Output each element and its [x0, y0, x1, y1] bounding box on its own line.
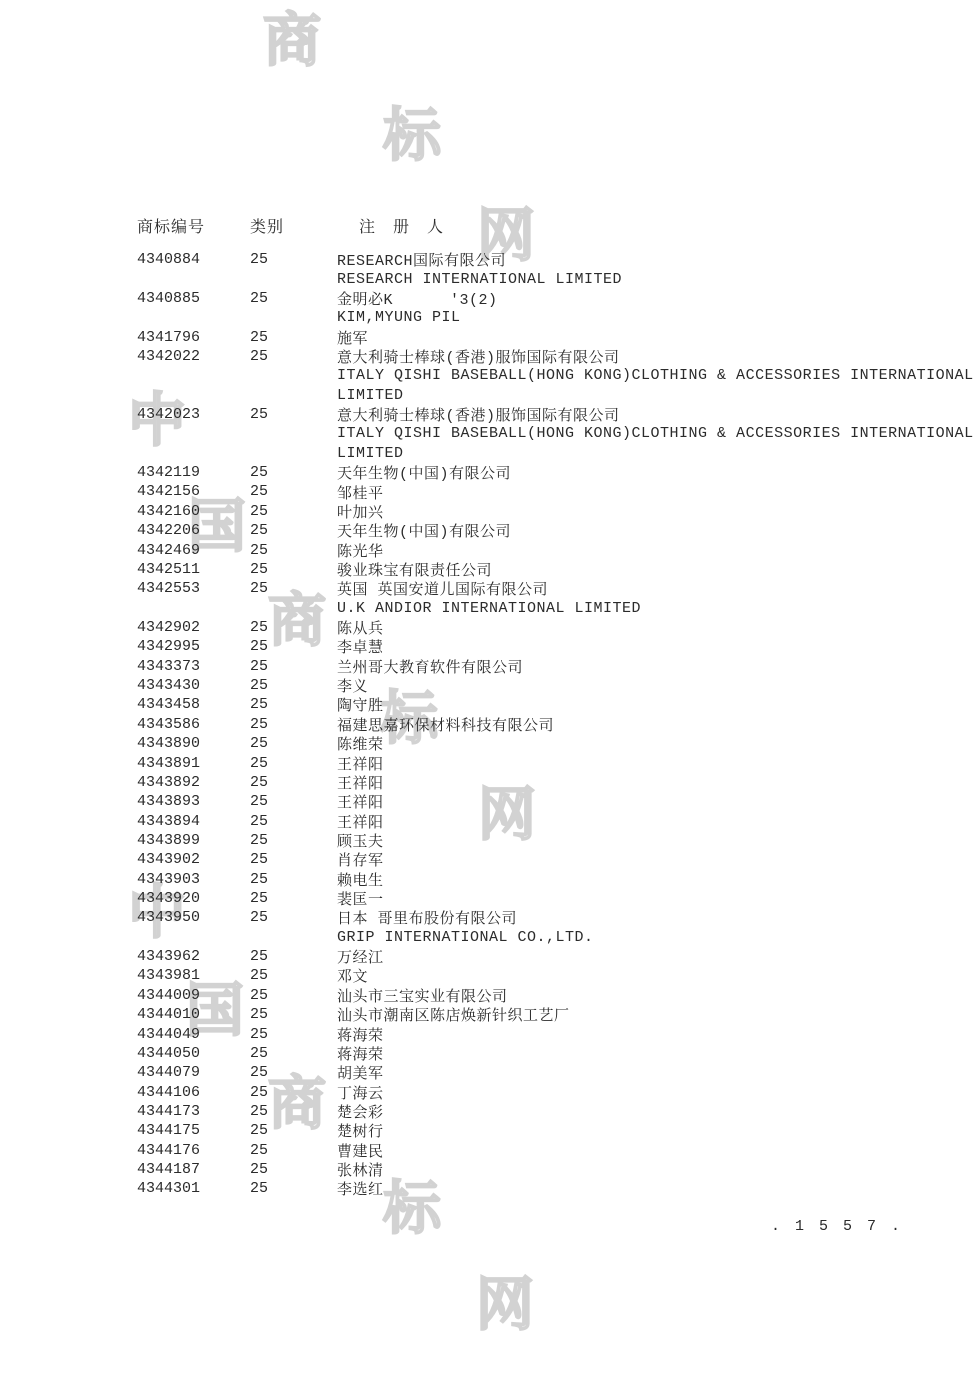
table-row: 434405025蒋海荣: [137, 1044, 897, 1063]
registrant-cell: 施军: [337, 327, 897, 348]
table-row: 434337325兰州哥大教育软件有限公司: [137, 657, 897, 676]
class-cell: 25: [250, 348, 337, 365]
table-row: 434407925胡美军: [137, 1063, 897, 1082]
trademark-table-body: 434088425RESEARCH国际有限公司RESEARCH INTERNAT…: [137, 250, 897, 1199]
registrant-cell: 陈维荣: [337, 733, 897, 754]
registrant-cell: 张林清: [337, 1159, 897, 1180]
table-row: 434430125李选红: [137, 1179, 897, 1198]
trademark-number-cell: 4344301: [137, 1180, 250, 1197]
registrant-cell: 日本 哥里布股份有限公司: [337, 907, 897, 928]
registrant-cell: ITALY QISHI BASEBALL(HONG KONG)CLOTHING …: [337, 425, 974, 442]
trademark-number-cell: 4342156: [137, 483, 250, 500]
table-row: 434220625天年生物(中国)有限公司: [137, 521, 897, 540]
page-number: . 1 5 5 7 .: [771, 1218, 903, 1235]
trademark-number-cell: 4343903: [137, 871, 250, 888]
trademark-number-cell: 4343458: [137, 696, 250, 713]
table-row-continuation: LIMITED: [137, 386, 897, 405]
class-cell: 25: [250, 658, 337, 675]
table-row: 434401025汕头市潮南区陈店焕新针织工艺厂: [137, 1005, 897, 1024]
registrant-cell: 汕头市潮南区陈店焕新针织工艺厂: [337, 1004, 897, 1025]
registrant-cell: KIM,MYUNG PIL: [337, 309, 897, 326]
registrant-cell: 楚树行: [337, 1120, 897, 1141]
registrant-cell: 赖电生: [337, 869, 897, 890]
table-row-continuation: GRIP INTERNATIONAL CO.,LTD.: [137, 928, 897, 947]
table-row: 434410625丁海云: [137, 1082, 897, 1101]
registrant-cell: 意大利骑士棒球(香港)服饰国际有限公司: [337, 404, 897, 425]
table-row: 434398125邓文: [137, 966, 897, 985]
class-cell: 25: [250, 503, 337, 520]
table-row: 434216025叶加兴: [137, 502, 897, 521]
class-cell: 25: [250, 638, 337, 655]
table-row: 434358625福建思嘉环保材料科技有限公司: [137, 715, 897, 734]
registrant-cell: 骏业珠宝有限责任公司: [337, 559, 897, 580]
class-cell: 25: [250, 1161, 337, 1178]
table-row: 434389125王祥阳: [137, 753, 897, 772]
class-cell: 25: [250, 542, 337, 559]
trademark-number-cell: 4344187: [137, 1161, 250, 1178]
class-cell: 25: [250, 1045, 337, 1062]
class-cell: 25: [250, 774, 337, 791]
table-header: 商标编号 类别 注 册 人: [137, 214, 857, 237]
trademark-number-cell: 4343373: [137, 658, 250, 675]
class-cell: 25: [250, 580, 337, 597]
registrant-cell: 陶守胜: [337, 694, 897, 715]
registrant-cell: 丁海云: [337, 1082, 897, 1103]
trademark-number-cell: 4344079: [137, 1064, 250, 1081]
class-cell: 25: [250, 1142, 337, 1159]
registrant-cell: 李义: [337, 675, 897, 696]
table-row: 434392025裴匡一: [137, 889, 897, 908]
trademark-number-cell: 4342902: [137, 619, 250, 636]
trademark-number-cell: 4344175: [137, 1122, 250, 1139]
table-row-continuation: ITALY QISHI BASEBALL(HONG KONG)CLOTHING …: [137, 424, 897, 443]
table-row: 434418725张林清: [137, 1160, 897, 1179]
table-row: 434345825陶守胜: [137, 695, 897, 714]
trademark-number-cell: 4344010: [137, 1006, 250, 1023]
registrant-cell: 邹桂平: [337, 482, 897, 503]
trademark-number-cell: 4343950: [137, 909, 250, 926]
registrant-cell: 蒋海荣: [337, 1024, 897, 1045]
trademark-number-cell: 4343586: [137, 716, 250, 733]
trademark-number-cell: 4342469: [137, 542, 250, 559]
class-cell: 25: [250, 735, 337, 752]
registrant-cell: 王祥阳: [337, 791, 897, 812]
table-row-continuation: KIM,MYUNG PIL: [137, 308, 897, 327]
trademark-number-cell: 4344176: [137, 1142, 250, 1159]
class-cell: 25: [250, 851, 337, 868]
registrant-cell: 楚会彩: [337, 1101, 897, 1122]
trademark-number-cell: 4342206: [137, 522, 250, 539]
registrant-cell: GRIP INTERNATIONAL CO.,LTD.: [337, 929, 897, 946]
registrant-cell: 兰州哥大教育软件有限公司: [337, 656, 897, 677]
table-row: 434389025陈维荣: [137, 734, 897, 753]
table-row: 434202225意大利骑士棒球(香港)服饰国际有限公司: [137, 347, 897, 366]
table-row: 434246925陈光华: [137, 540, 897, 559]
class-cell: 25: [250, 948, 337, 965]
trademark-number-cell: 4343962: [137, 948, 250, 965]
table-row: 434202325意大利骑士棒球(香港)服饰国际有限公司: [137, 405, 897, 424]
class-cell: 25: [250, 329, 337, 346]
class-cell: 25: [250, 1122, 337, 1139]
registrant-cell: 王祥阳: [337, 772, 897, 793]
trademark-number-cell: 4341796: [137, 329, 250, 346]
trademark-number-cell: 4342023: [137, 406, 250, 423]
class-cell: 25: [250, 871, 337, 888]
trademark-number-cell: 4340885: [137, 290, 250, 307]
table-row: 434215625邹桂平: [137, 482, 897, 501]
table-row-continuation: RESEARCH INTERNATIONAL LIMITED: [137, 269, 897, 288]
class-cell: 25: [250, 251, 337, 268]
class-cell: 25: [250, 1180, 337, 1197]
table-row: 434417625曹建民: [137, 1141, 897, 1160]
registrant-cell: 曹建民: [337, 1140, 897, 1161]
registrant-cell: 万经江: [337, 946, 897, 967]
class-cell: 25: [250, 290, 337, 307]
class-cell: 25: [250, 813, 337, 830]
registrant-cell: 顾玉夫: [337, 830, 897, 851]
table-row: 434211925天年生物(中国)有限公司: [137, 463, 897, 482]
trademark-number-cell: 4340884: [137, 251, 250, 268]
class-cell: 25: [250, 832, 337, 849]
registrant-cell: 汕头市三宝实业有限公司: [337, 985, 897, 1006]
class-cell: 25: [250, 987, 337, 1004]
class-cell: 25: [250, 619, 337, 636]
trademark-number-cell: 4343920: [137, 890, 250, 907]
table-row: 434255325英国 英国安道儿国际有限公司: [137, 579, 897, 598]
trademark-number-cell: 4342511: [137, 561, 250, 578]
table-row: 434299525李卓慧: [137, 637, 897, 656]
header-class: 类别: [250, 214, 337, 237]
trademark-number-cell: 4344009: [137, 987, 250, 1004]
table-row: 434417525楚树行: [137, 1121, 897, 1140]
registrant-cell: 陈光华: [337, 540, 897, 561]
trademark-number-cell: 4343902: [137, 851, 250, 868]
class-cell: 25: [250, 755, 337, 772]
registrant-cell: 陈从兵: [337, 617, 897, 638]
table-row: 434088525金明必K '3(2): [137, 289, 897, 308]
registrant-cell: 意大利骑士棒球(香港)服饰国际有限公司: [337, 346, 897, 367]
table-row: 434390225肖存军: [137, 850, 897, 869]
registrant-cell: 李选红: [337, 1178, 897, 1199]
registrant-cell: RESEARCH INTERNATIONAL LIMITED: [337, 271, 897, 288]
registrant-cell: RESEARCH国际有限公司: [337, 249, 897, 270]
registrant-cell: 天年生物(中国)有限公司: [337, 462, 897, 483]
registrant-cell: ITALY QISHI BASEBALL(HONG KONG)CLOTHING …: [337, 367, 974, 384]
trademark-number-cell: 4343890: [137, 735, 250, 752]
header-registrant: 注 册 人: [337, 214, 857, 237]
registrant-cell: 王祥阳: [337, 753, 897, 774]
table-row: 434389325王祥阳: [137, 792, 897, 811]
header-trademark-number: 商标编号: [137, 214, 250, 237]
class-cell: 25: [250, 1103, 337, 1120]
trademark-number-cell: 4342553: [137, 580, 250, 597]
class-cell: 25: [250, 967, 337, 984]
table-row-continuation: ITALY QISHI BASEBALL(HONG KONG)CLOTHING …: [137, 366, 897, 385]
table-row: 434290225陈从兵: [137, 618, 897, 637]
registrant-cell: LIMITED: [337, 387, 897, 404]
class-cell: 25: [250, 716, 337, 733]
registrant-cell: 福建思嘉环保材料科技有限公司: [337, 714, 897, 735]
registrant-cell: 王祥阳: [337, 811, 897, 832]
table-row: 434251125骏业珠宝有限责任公司: [137, 560, 897, 579]
class-cell: 25: [250, 522, 337, 539]
trademark-number-cell: 4344173: [137, 1103, 250, 1120]
registrant-cell: 邓文: [337, 965, 897, 986]
table-row: 434179625施军: [137, 327, 897, 346]
trademark-number-cell: 4342119: [137, 464, 250, 481]
table-row: 434404925蒋海荣: [137, 1024, 897, 1043]
registrant-cell: U.K ANDIOR INTERNATIONAL LIMITED: [337, 600, 897, 617]
class-cell: 25: [250, 677, 337, 694]
registrant-cell: 英国 英国安道儿国际有限公司: [337, 578, 897, 599]
registrant-cell: 裴匡一: [337, 888, 897, 909]
trademark-number-cell: 4343892: [137, 774, 250, 791]
gazette-page: 商标网中国商标网中国商标网 商标编号 类别 注 册 人 434088425RES…: [0, 0, 980, 1400]
trademark-number-cell: 4344106: [137, 1084, 250, 1101]
trademark-number-cell: 4343893: [137, 793, 250, 810]
class-cell: 25: [250, 1006, 337, 1023]
table-row: 434389225王祥阳: [137, 773, 897, 792]
table-row: 434088425RESEARCH国际有限公司: [137, 250, 897, 269]
registrant-cell: 肖存军: [337, 849, 897, 870]
trademark-number-cell: 4344049: [137, 1026, 250, 1043]
class-cell: 25: [250, 1026, 337, 1043]
trademark-number-cell: 4343981: [137, 967, 250, 984]
trademark-number-cell: 4344050: [137, 1045, 250, 1062]
trademark-number-cell: 4342022: [137, 348, 250, 365]
table-row-continuation: U.K ANDIOR INTERNATIONAL LIMITED: [137, 598, 897, 617]
table-row-continuation: LIMITED: [137, 444, 897, 463]
class-cell: 25: [250, 406, 337, 423]
class-cell: 25: [250, 890, 337, 907]
trademark-number-cell: 4343430: [137, 677, 250, 694]
class-cell: 25: [250, 483, 337, 500]
table-row: 434343025李义: [137, 676, 897, 695]
class-cell: 25: [250, 696, 337, 713]
table-row: 434389925顾玉夫: [137, 831, 897, 850]
registrant-cell: LIMITED: [337, 445, 897, 462]
table-row: 434395025日本 哥里布股份有限公司: [137, 908, 897, 927]
table-row: 434417325楚会彩: [137, 1102, 897, 1121]
table-row: 434400925汕头市三宝实业有限公司: [137, 986, 897, 1005]
registrant-cell: 天年生物(中国)有限公司: [337, 520, 897, 541]
registrant-cell: 叶加兴: [337, 501, 897, 522]
class-cell: 25: [250, 909, 337, 926]
document-layer: 商标编号 类别 注 册 人 434088425RESEARCH国际有限公司RES…: [0, 0, 980, 1400]
table-row: 434389425王祥阳: [137, 811, 897, 830]
trademark-number-cell: 4343894: [137, 813, 250, 830]
table-row: 434396225万经江: [137, 947, 897, 966]
trademark-number-cell: 4342160: [137, 503, 250, 520]
trademark-number-cell: 4343891: [137, 755, 250, 772]
registrant-cell: 李卓慧: [337, 636, 897, 657]
class-cell: 25: [250, 561, 337, 578]
class-cell: 25: [250, 1084, 337, 1101]
registrant-cell: 胡美军: [337, 1062, 897, 1083]
registrant-cell: 蒋海荣: [337, 1043, 897, 1064]
trademark-number-cell: 4343899: [137, 832, 250, 849]
class-cell: 25: [250, 464, 337, 481]
trademark-number-cell: 4342995: [137, 638, 250, 655]
class-cell: 25: [250, 1064, 337, 1081]
class-cell: 25: [250, 793, 337, 810]
table-row: 434390325赖电生: [137, 870, 897, 889]
registrant-cell: 金明必K '3(2): [337, 288, 897, 309]
